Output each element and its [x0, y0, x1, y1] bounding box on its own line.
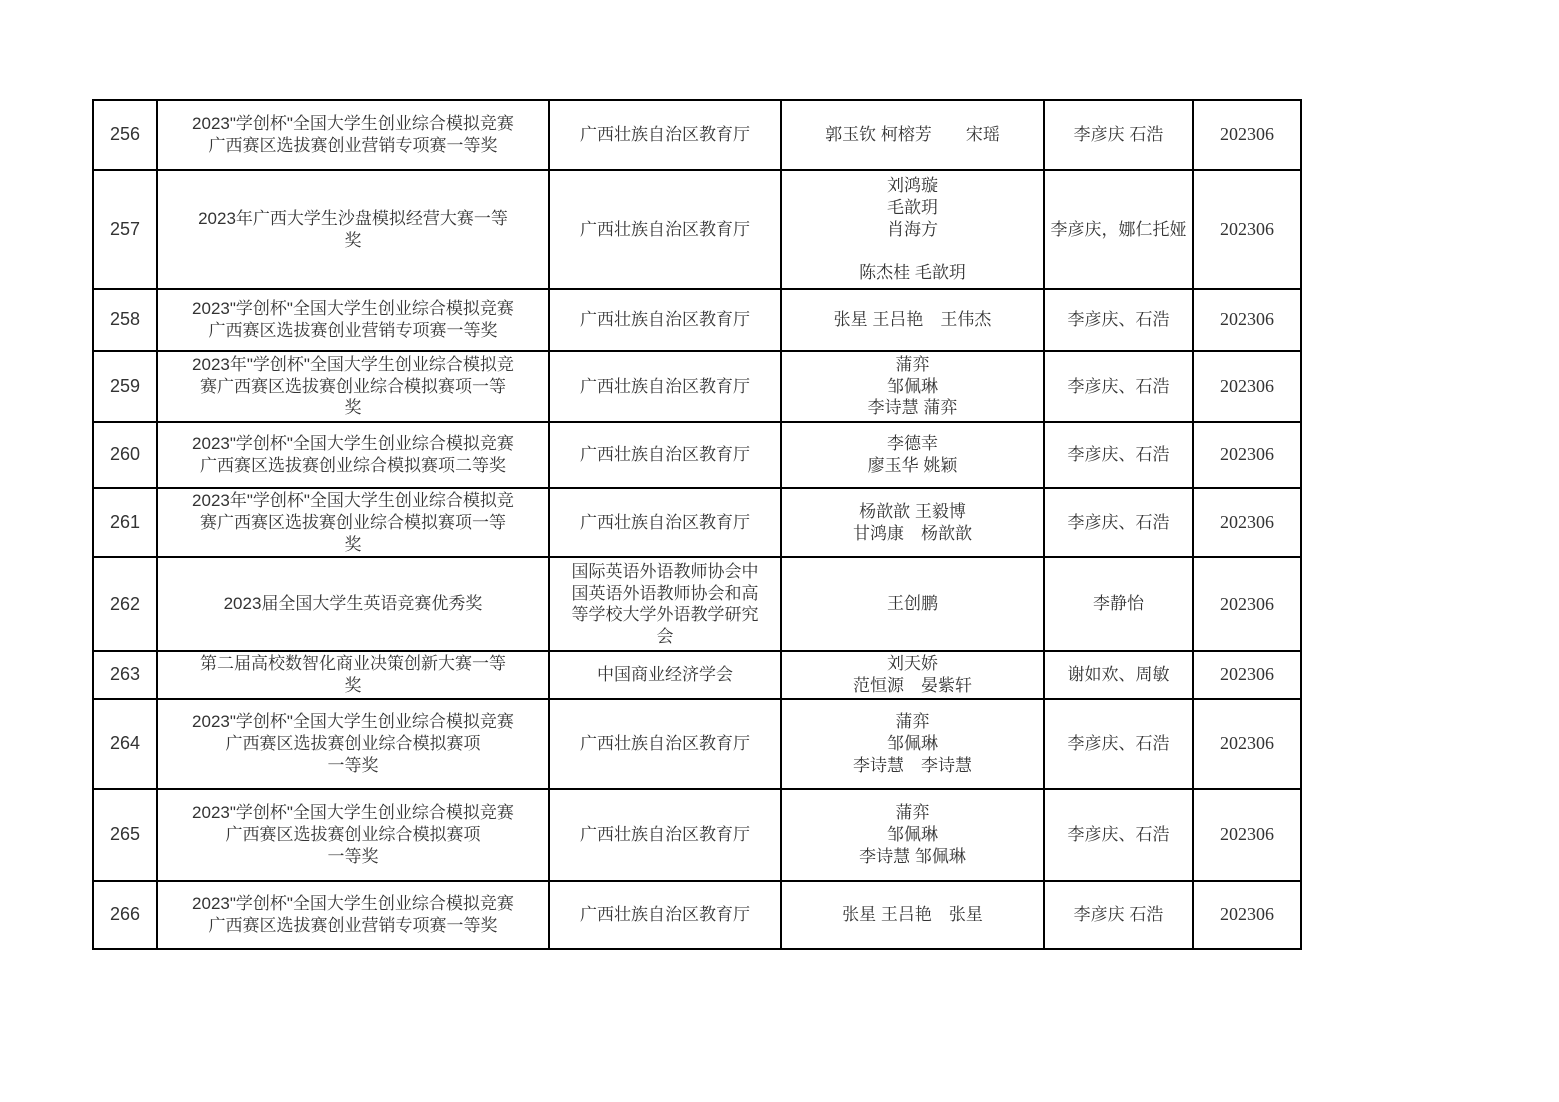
issuing-org-cell: 广西壮族自治区教育厅 [549, 289, 781, 351]
row-index-cell: 263 [93, 651, 157, 699]
date-cell: 202306 [1193, 170, 1301, 289]
table-row: 261 2023年"学创杯"全国大学生创业综合模拟竞 赛广西赛区选拔赛创业综合模… [93, 488, 1301, 557]
teachers-cell: 李彦庆、石浩 [1044, 289, 1193, 351]
issuing-org-cell: 广西壮族自治区教育厅 [549, 789, 781, 881]
teachers-cell: 李静怡 [1044, 557, 1193, 651]
table-row: 264 2023"学创杯"全国大学生创业综合模拟竞赛 广西赛区选拔赛创业综合模拟… [93, 699, 1301, 789]
teachers-cell: 李彦庆、石浩 [1044, 488, 1193, 557]
teachers-cell: 李彦庆、石浩 [1044, 699, 1193, 789]
table-row: 260 2023"学创杯"全国大学生创业综合模拟竞赛 广西赛区选拔赛创业综合模拟… [93, 422, 1301, 488]
teachers-overflow-text: 李彦庆，娜仁托娅 [1051, 219, 1187, 241]
issuing-org-cell: 广西壮族自治区教育厅 [549, 699, 781, 789]
issuing-org-cell: 广西壮族自治区教育厅 [549, 170, 781, 289]
date-cell: 202306 [1193, 488, 1301, 557]
table-row: 262 2023届全国大学生英语竞赛优秀奖 国际英语外语教师协会中 国英语外语教… [93, 557, 1301, 651]
row-index-cell: 265 [93, 789, 157, 881]
award-name-cell: 2023"学创杯"全国大学生创业综合模拟竞赛 广西赛区选拔赛创业综合模拟赛项二等… [157, 422, 549, 488]
award-name-cell: 2023年"学创杯"全国大学生创业综合模拟竞 赛广西赛区选拔赛创业综合模拟赛项一… [157, 488, 549, 557]
award-name-cell: 2023"学创杯"全国大学生创业综合模拟竞赛 广西赛区选拔赛创业营销专项赛一等奖 [157, 289, 549, 351]
date-cell: 202306 [1193, 351, 1301, 422]
students-cell: 郭玉钦 柯榕芳 宋瑶 [781, 100, 1044, 170]
students-cell: 蒲弈 邹佩琳 李诗慧 邹佩琳 [781, 789, 1044, 881]
award-name-cell: 2023届全国大学生英语竞赛优秀奖 [157, 557, 549, 651]
award-name-cell: 第二届高校数智化商业决策创新大赛一等 奖 [157, 651, 549, 699]
issuing-org-cell: 广西壮族自治区教育厅 [549, 351, 781, 422]
row-index-cell: 261 [93, 488, 157, 557]
row-index-cell: 256 [93, 100, 157, 170]
date-cell: 202306 [1193, 100, 1301, 170]
teachers-cell: 李彦庆，娜仁托娅 [1044, 170, 1193, 289]
issuing-org-cell: 广西壮族自治区教育厅 [549, 881, 781, 949]
row-index-cell: 257 [93, 170, 157, 289]
table-row: 266 2023"学创杯"全国大学生创业综合模拟竞赛 广西赛区选拔赛创业营销专项… [93, 881, 1301, 949]
students-cell: 蒲弈 邹佩琳 李诗慧 蒲弈 [781, 351, 1044, 422]
award-name-cell: 2023年广西大学生沙盘模拟经营大赛一等 奖 [157, 170, 549, 289]
table-row: 259 2023年"学创杯"全国大学生创业综合模拟竞 赛广西赛区选拔赛创业综合模… [93, 351, 1301, 422]
issuing-org-cell: 广西壮族自治区教育厅 [549, 100, 781, 170]
award-name-cell: 2023"学创杯"全国大学生创业综合模拟竞赛 广西赛区选拔赛创业营销专项赛一等奖 [157, 100, 549, 170]
row-index-cell: 258 [93, 289, 157, 351]
table-row: 263 第二届高校数智化商业决策创新大赛一等 奖 中国商业经济学会 刘天娇 范恒… [93, 651, 1301, 699]
award-name-cell: 2023"学创杯"全国大学生创业综合模拟竞赛 广西赛区选拔赛创业综合模拟赛项 一… [157, 699, 549, 789]
issuing-org-cell: 国际英语外语教师协会中 国英语外语教师协会和高 等学校大学外语教学研究 会 [549, 557, 781, 651]
date-cell: 202306 [1193, 881, 1301, 949]
students-cell: 王创鹏 [781, 557, 1044, 651]
row-index-cell: 266 [93, 881, 157, 949]
table-row: 256 2023"学创杯"全国大学生创业综合模拟竞赛 广西赛区选拔赛创业营销专项… [93, 100, 1301, 170]
row-index-cell: 260 [93, 422, 157, 488]
students-cell: 蒲弈 邹佩琳 李诗慧 李诗慧 [781, 699, 1044, 789]
row-index-cell: 262 [93, 557, 157, 651]
award-name-cell: 2023"学创杯"全国大学生创业综合模拟竞赛 广西赛区选拔赛创业营销专项赛一等奖 [157, 881, 549, 949]
document-page: 256 2023"学创杯"全国大学生创业综合模拟竞赛 广西赛区选拔赛创业营销专项… [0, 0, 1559, 1102]
students-cell: 刘天娇 范恒源 晏紫轩 [781, 651, 1044, 699]
teachers-cell: 李彦庆 石浩 [1044, 100, 1193, 170]
issuing-org-cell: 广西壮族自治区教育厅 [549, 488, 781, 557]
table-row: 257 2023年广西大学生沙盘模拟经营大赛一等 奖 广西壮族自治区教育厅 刘鸿… [93, 170, 1301, 289]
teachers-cell: 谢如欢、周敏 [1044, 651, 1193, 699]
date-cell: 202306 [1193, 651, 1301, 699]
table-row: 258 2023"学创杯"全国大学生创业综合模拟竞赛 广西赛区选拔赛创业营销专项… [93, 289, 1301, 351]
date-cell: 202306 [1193, 557, 1301, 651]
award-name-cell: 2023年"学创杯"全国大学生创业综合模拟竞 赛广西赛区选拔赛创业综合模拟赛项一… [157, 351, 549, 422]
teachers-cell: 李彦庆、石浩 [1044, 422, 1193, 488]
table-row: 265 2023"学创杯"全国大学生创业综合模拟竞赛 广西赛区选拔赛创业综合模拟… [93, 789, 1301, 881]
date-cell: 202306 [1193, 789, 1301, 881]
students-cell: 张星 王吕艳 张星 [781, 881, 1044, 949]
students-cell: 张星 王吕艳 王伟杰 [781, 289, 1044, 351]
teachers-cell: 李彦庆、石浩 [1044, 351, 1193, 422]
issuing-org-cell: 中国商业经济学会 [549, 651, 781, 699]
students-cell: 李德幸 廖玉华 姚颖 [781, 422, 1044, 488]
awards-table: 256 2023"学创杯"全国大学生创业综合模拟竞赛 广西赛区选拔赛创业营销专项… [92, 99, 1302, 950]
teachers-cell: 李彦庆、石浩 [1044, 789, 1193, 881]
teachers-cell: 李彦庆 石浩 [1044, 881, 1193, 949]
date-cell: 202306 [1193, 699, 1301, 789]
students-cell: 刘鸿璇 毛歆玥 肖海方 陈杰桂 毛歆玥 [781, 170, 1044, 289]
students-cell: 杨歆歆 王毅博 甘鸿康 杨歆歆 [781, 488, 1044, 557]
date-cell: 202306 [1193, 422, 1301, 488]
row-index-cell: 264 [93, 699, 157, 789]
issuing-org-cell: 广西壮族自治区教育厅 [549, 422, 781, 488]
date-cell: 202306 [1193, 289, 1301, 351]
award-name-cell: 2023"学创杯"全国大学生创业综合模拟竞赛 广西赛区选拔赛创业综合模拟赛项 一… [157, 789, 549, 881]
row-index-cell: 259 [93, 351, 157, 422]
